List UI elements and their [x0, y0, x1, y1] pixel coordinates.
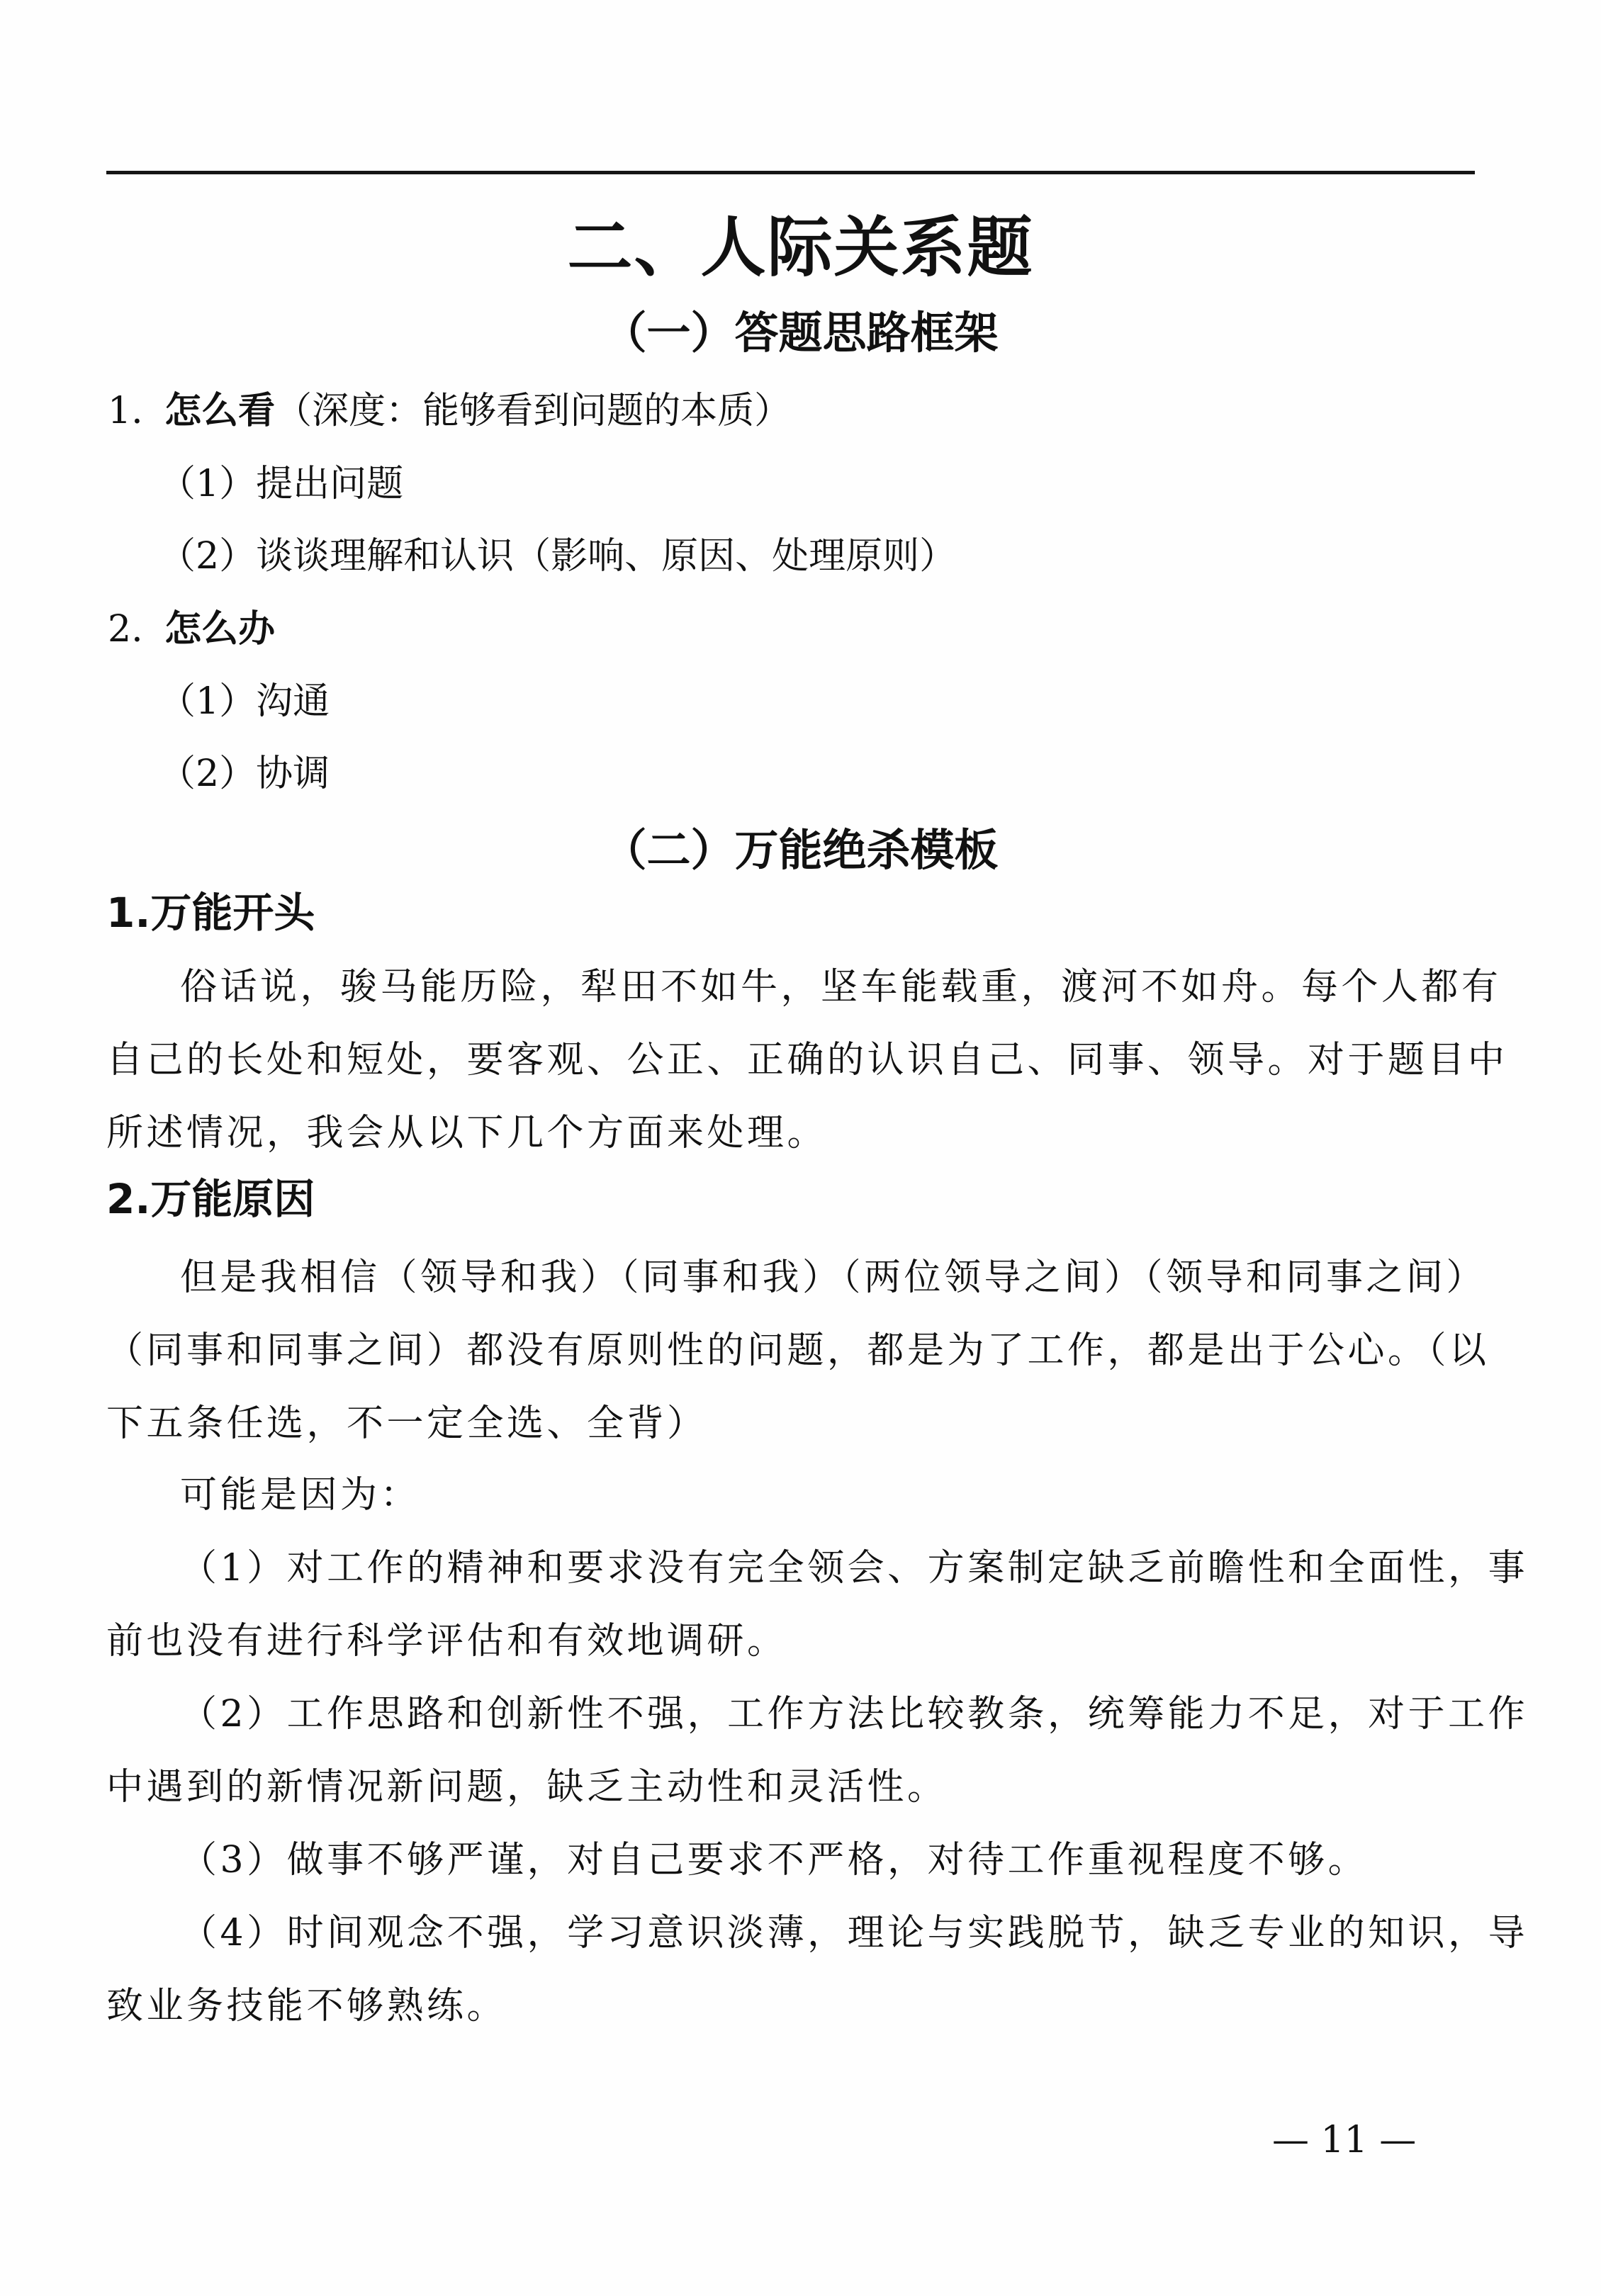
opening-paragraph: 俗话说，骏马能历险，犁田不如牛，坚车能载重，渡河不如舟。每个人都有 自己的长处和…: [106, 962, 1478, 1181]
document-page: 二、人际关系题 （一）答题思路框架 1. 怎么看（深度：能够看到问题的本质） （…: [0, 0, 1601, 2296]
paragraph-line: 所述情况，我会从以下几个方面来处理。: [106, 1108, 1478, 1181]
paragraph-line: 俗话说，骏马能历险，犁田不如牛，坚车能载重，渡河不如舟。每个人都有: [106, 962, 1478, 1035]
paragraph-line: 可能是因为：: [106, 1470, 1478, 1543]
paragraph-line: 中遇到的新情况新问题，缺乏主动性和灵活性。: [106, 1762, 1478, 1835]
opening-heading: 1.万能开头: [106, 886, 315, 940]
reason-item-4: （4）时间观念不强，学习意识淡薄，理论与实践脱节，缺乏专业的知识，导 致业务技能…: [106, 1908, 1478, 2054]
paragraph-line: 前也没有进行科学评估和有效地调研。: [106, 1616, 1478, 1689]
framework-item-1-label: 怎么看: [164, 390, 275, 432]
framework-subitem: （1）沟通: [159, 677, 330, 726]
page-title: 二、人际关系题: [0, 206, 1601, 291]
reason-item-3: （3）做事不够严谨，对自己要求不严格，对待工作重视程度不够。: [106, 1835, 1478, 1908]
paragraph-line: 下五条任选，不一定全选、全背）: [106, 1399, 1478, 1472]
paragraph-line: （3）做事不够严谨，对自己要求不严格，对待工作重视程度不够。: [106, 1835, 1478, 1908]
framework-item-1-number: 1.: [108, 390, 143, 432]
framework-item-2-label: 怎么办: [164, 608, 275, 651]
framework-item-2-number: 2.: [108, 608, 143, 651]
framework-item-1-note: （深度：能够看到问题的本质）: [275, 390, 791, 432]
paragraph-line: （同事和同事之间）都没有原则性的问题，都是为了工作，都是出于公心。（以: [106, 1326, 1478, 1399]
reason-item-1: （1）对工作的精神和要求没有完全领会、方案制定缺乏前瞻性和全面性，事 前也没有进…: [106, 1543, 1478, 1689]
paragraph-line: （4）时间观念不强，学习意识淡薄，理论与实践脱节，缺乏专业的知识，导: [106, 1908, 1478, 1981]
page-number: — 11 —: [1272, 2115, 1416, 2165]
reasons-lead: 可能是因为：: [106, 1470, 1478, 1543]
paragraph-line: （1）对工作的精神和要求没有完全领会、方案制定缺乏前瞻性和全面性，事: [106, 1543, 1478, 1616]
reasons-heading: 2.万能原因: [106, 1172, 315, 1226]
paragraph-line: 自己的长处和短处，要客观、公正、正确的认识自己、同事、领导。对于题目中: [106, 1035, 1478, 1108]
framework-subitem: （2）协调: [159, 749, 330, 799]
header-rule: [106, 171, 1475, 174]
framework-subitem: （1）提出问题: [159, 459, 403, 509]
paragraph-line: （2）工作思路和创新性不强，工作方法比较教条，统筹能力不足，对于工作: [106, 1689, 1478, 1762]
reasons-intro-paragraph: 但是我相信（领导和我）（同事和我）（两位领导之间）（领导和同事之间） （同事和同…: [106, 1253, 1478, 1472]
paragraph-line: 致业务技能不够熟练。: [106, 1981, 1478, 2054]
section-title-template: （二）万能绝杀模板: [0, 822, 1601, 879]
framework-item-1: 1. 怎么看（深度：能够看到问题的本质）: [108, 386, 791, 436]
framework-subitem: （2）谈谈理解和认识（影响、原因、处理原则）: [159, 531, 956, 581]
section-title-framework: （一）答题思路框架: [0, 305, 1601, 361]
paragraph-line: 但是我相信（领导和我）（同事和我）（两位领导之间）（领导和同事之间）: [106, 1253, 1478, 1326]
reason-item-2: （2）工作思路和创新性不强，工作方法比较教条，统筹能力不足，对于工作 中遇到的新…: [106, 1689, 1478, 1835]
framework-item-2: 2. 怎么办: [108, 604, 275, 654]
